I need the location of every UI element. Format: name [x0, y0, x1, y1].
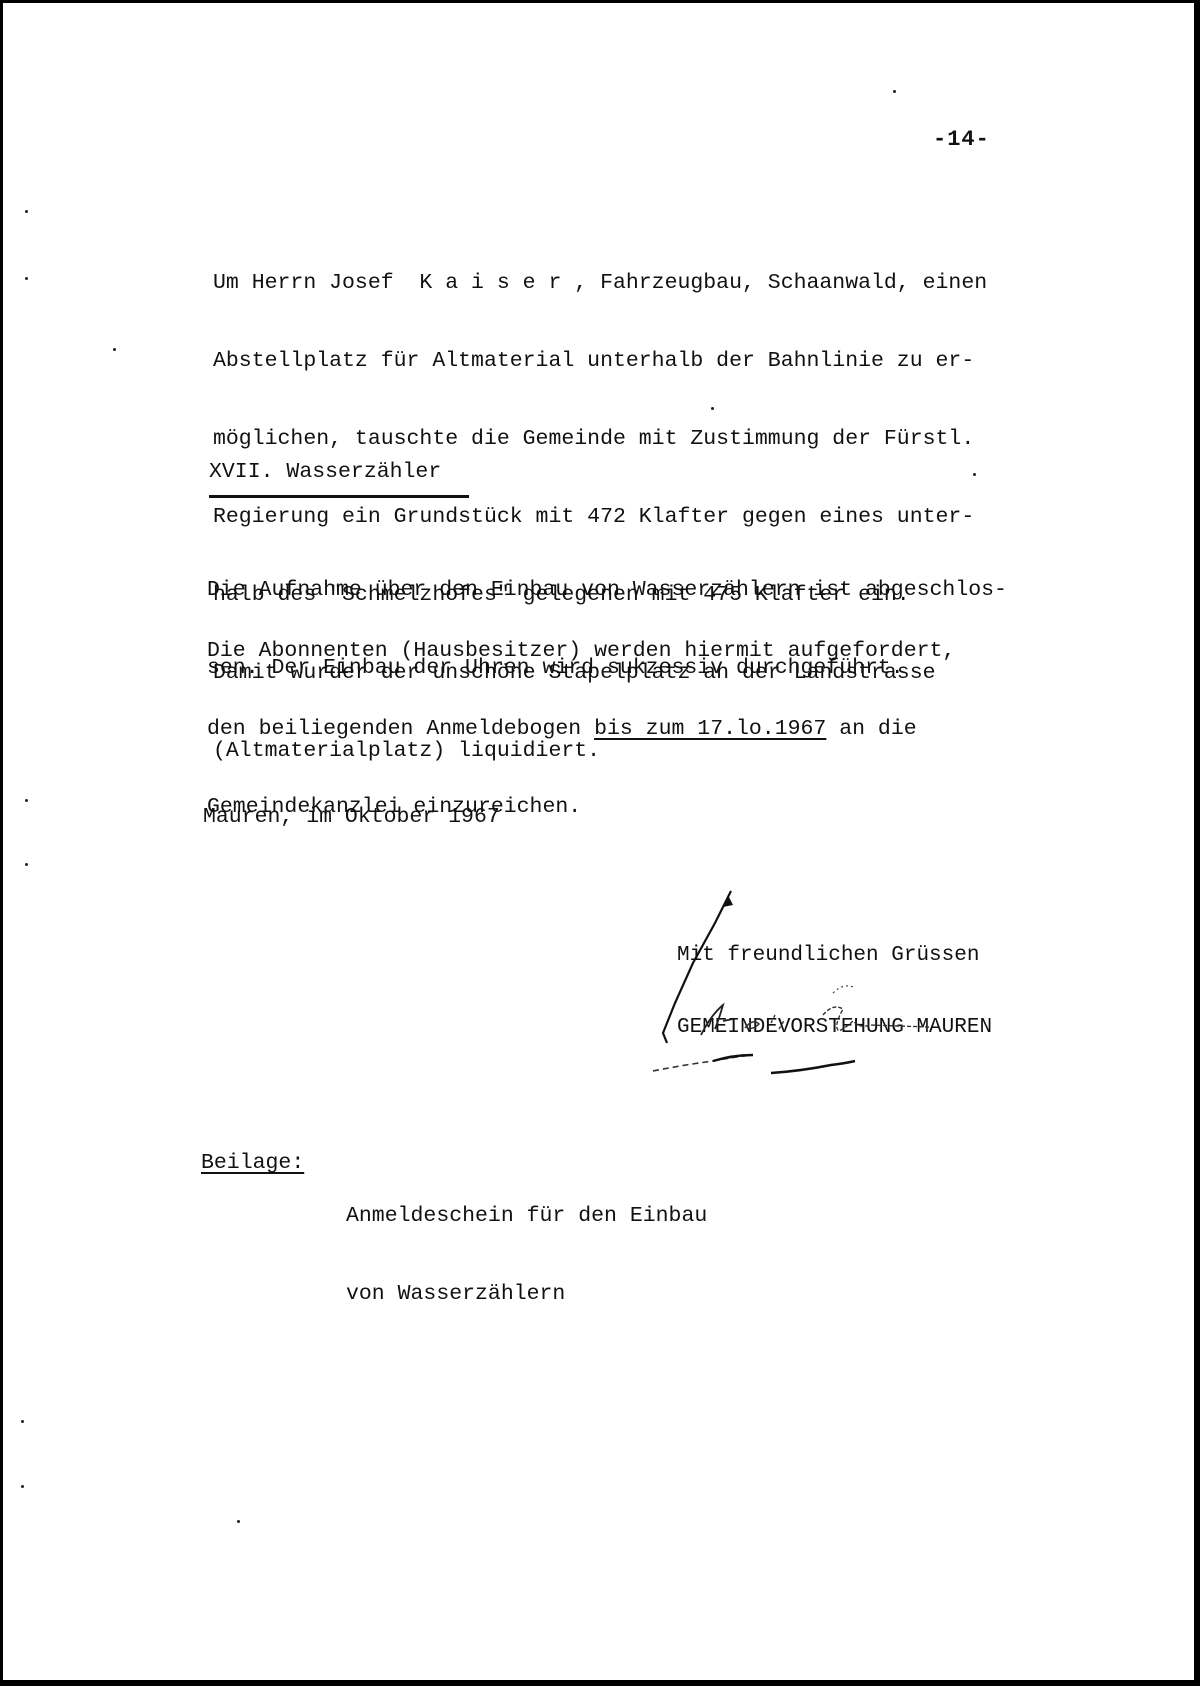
enclosure-text: Anmeldeschein für den Einbau von Wasserz…: [346, 1151, 707, 1359]
text-segment: den beiliegenden Anmeldebogen: [207, 717, 594, 741]
page-number: -14-: [933, 127, 990, 152]
document-page: -14- Um Herrn Josef K a i s e r , Fahrze…: [0, 0, 1200, 1686]
text-line: den beiliegenden Anmeldebogen bis zum 17…: [207, 716, 955, 742]
text-segment: an die: [826, 717, 916, 741]
text-line: Die Abonnenten (Hausbesitzer) werden hie…: [207, 638, 955, 664]
scan-speck: [25, 210, 28, 213]
text-line: Anmeldeschein für den Einbau: [346, 1203, 707, 1229]
heading-underline: [209, 495, 469, 498]
scan-speck: [113, 348, 116, 351]
enclosure-label: Beilage:: [201, 1151, 304, 1175]
scan-speck: [21, 1485, 24, 1488]
scan-speck: [893, 90, 896, 93]
deadline-date: bis zum 17.lo.1967: [594, 717, 826, 741]
scan-speck: [237, 1520, 240, 1523]
scan-speck: [25, 863, 28, 866]
scan-speck: [711, 407, 714, 410]
scan-speck: [25, 277, 28, 280]
scan-speck: [973, 473, 976, 476]
text-line: Abstellplatz für Altmaterial unterhalb d…: [213, 348, 987, 374]
text-line: von Wasserzählern: [346, 1281, 707, 1307]
text-line: möglichen, tauschte die Gemeinde mit Zus…: [213, 426, 987, 452]
text-line: Um Herrn Josef K a i s e r , Fahrzeugbau…: [213, 270, 987, 296]
signature-icon: [653, 883, 1013, 1083]
section-heading: XVII. Wasserzähler: [209, 460, 441, 484]
scan-speck: [25, 799, 28, 802]
scan-speck: [21, 1420, 24, 1423]
place-date: Mauren, im Oktober 1967: [203, 805, 500, 829]
section-paragraph-2: Die Abonnenten (Hausbesitzer) werden hie…: [207, 586, 955, 872]
